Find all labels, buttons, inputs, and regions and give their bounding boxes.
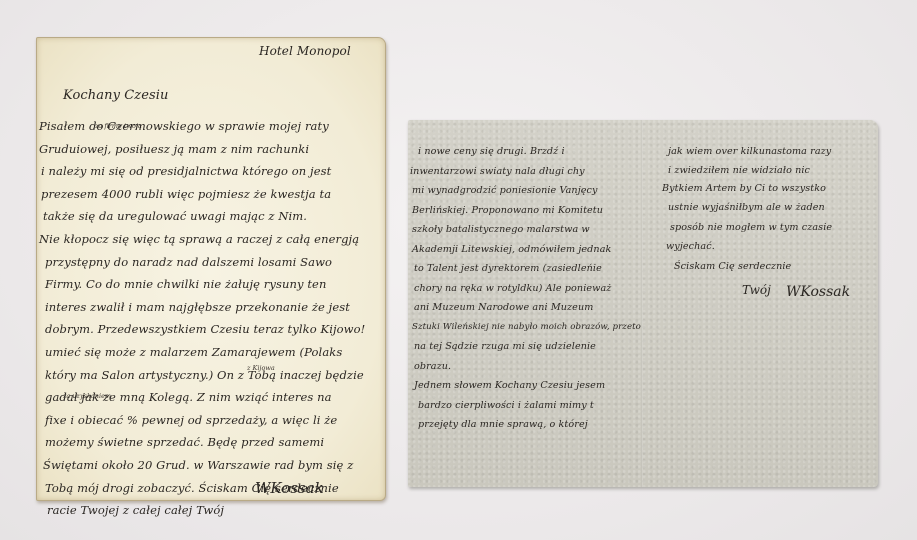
closing: Twój [742,283,771,297]
signature: WKossak [255,479,324,497]
letter-line: prezesem 4000 rubli więc pojmiesz że kwe… [41,183,361,206]
letter-line: na tej Sądzie rzuga mi się udzielenie [414,337,643,357]
letter-line: Sztuki Wileńskiej nie nabyło moich obraz… [412,318,641,338]
letter-line: Nie kłopocz się więc tą sprawą a raczej … [39,228,359,251]
letter-line: przystępny do naradz nad dalszemi losami… [45,251,365,274]
letter-line: gadał jak ze mną Kolegą. Z nim wziąć int… [45,386,365,409]
letter-line: Świętami około 20 Grud. w Warszawie rad … [43,454,363,477]
letter-left-sheet: Hotel Monopol Kochany Czesiu za firmę tw… [36,37,386,501]
letter-body: Pisałem do Czermowskiego w sprawie mojej… [39,115,359,522]
letter-line: racie Twojej z całej całej Twój [47,499,367,522]
letter-line: Jednem słowem Kochany Czesiu jesem [414,376,643,396]
letter-line: także się da uregulować uwagi mając z Ni… [43,205,363,228]
letter-line: jak wiem over kilkunastoma razy [668,142,832,162]
letter-line: i należy mi się od presidjalnictwa które… [41,160,361,183]
letter-line: i nowe ceny się drugi. Brzdź i [418,142,647,162]
letter-line: Gruduiowej, posiłuesz ją mam z nim rachu… [39,138,359,161]
letter-right-sheet: i nowe ceny się drugi. Brzdź i inwentarz… [408,120,878,487]
letter-line: mi wynadgrodzić poniesionie Vanjęcy [412,181,641,201]
letter-line: Akademji Litewskiej, odmówiłem jednak [412,240,641,260]
letter-line: obrazu. [414,357,643,377]
letter-line: chory na ręka w rotyldku) Ale ponieważ [414,279,643,299]
letter-line: sposób nie mogłem w tym czasie [670,218,834,238]
letter-line: dobrym. Przedewszystkiem Czesiu teraz ty… [45,318,365,341]
letter-line: fixe i obiecać % pewnej od sprzedaży, a … [45,409,365,432]
letter-line: bardzo cierpliwości i żalami mimy t [418,396,647,416]
letter-line: szkoły batalistycznego malarstwa w [412,220,641,240]
letter-column-left: i nowe ceny się drugi. Brzdź i inwentarz… [410,142,639,435]
letter-line: Ściskam Cię serdecznie [674,257,838,277]
letter-line: umieć się może z malarzem Zamarajewem (P… [45,341,365,364]
letter-line: Pisałem do Czermowskiego w sprawie mojej… [39,115,359,138]
letter-line: Berlińskiej. Proponowano mi Komitetu [412,201,641,221]
letter-line: inwentarzowi swiaty nala długi chy [410,162,639,182]
letter-line: Bytkiem Artem by Ci to wszystko [662,179,826,199]
letter-column-right: jak wiem over kilkunastoma razy i zwiedz… [662,142,826,276]
letter-line: to Talent jest dyrektorem (zasiedleńie [414,259,643,279]
letter-line: możemy świetne sprzedać. Będę przed same… [45,431,365,454]
letter-line: przejęty dla mnie sprawą, o której [418,415,647,435]
letter-line: Firmy. Co do mnie chwilki nie żałuję rys… [45,273,365,296]
letter-greeting: Kochany Czesiu [63,88,169,103]
letter-line: interes zwalił i mam najgłębsze przekona… [45,296,365,319]
letter-line: ustnie wyjaśniłbym ale w żaden [668,198,832,218]
letter-line: ani Muzeum Narodowe ani Muzeum [414,298,643,318]
letter-line: i zwiedziłem nie widziało nic [668,162,832,179]
signature: WKossak [786,284,850,300]
letter-line: wyjechać. [666,237,830,257]
letter-heading: Hotel Monopol [259,44,351,58]
letter-line: który ma Salon artystyczny.) On z Tobą i… [45,364,365,387]
